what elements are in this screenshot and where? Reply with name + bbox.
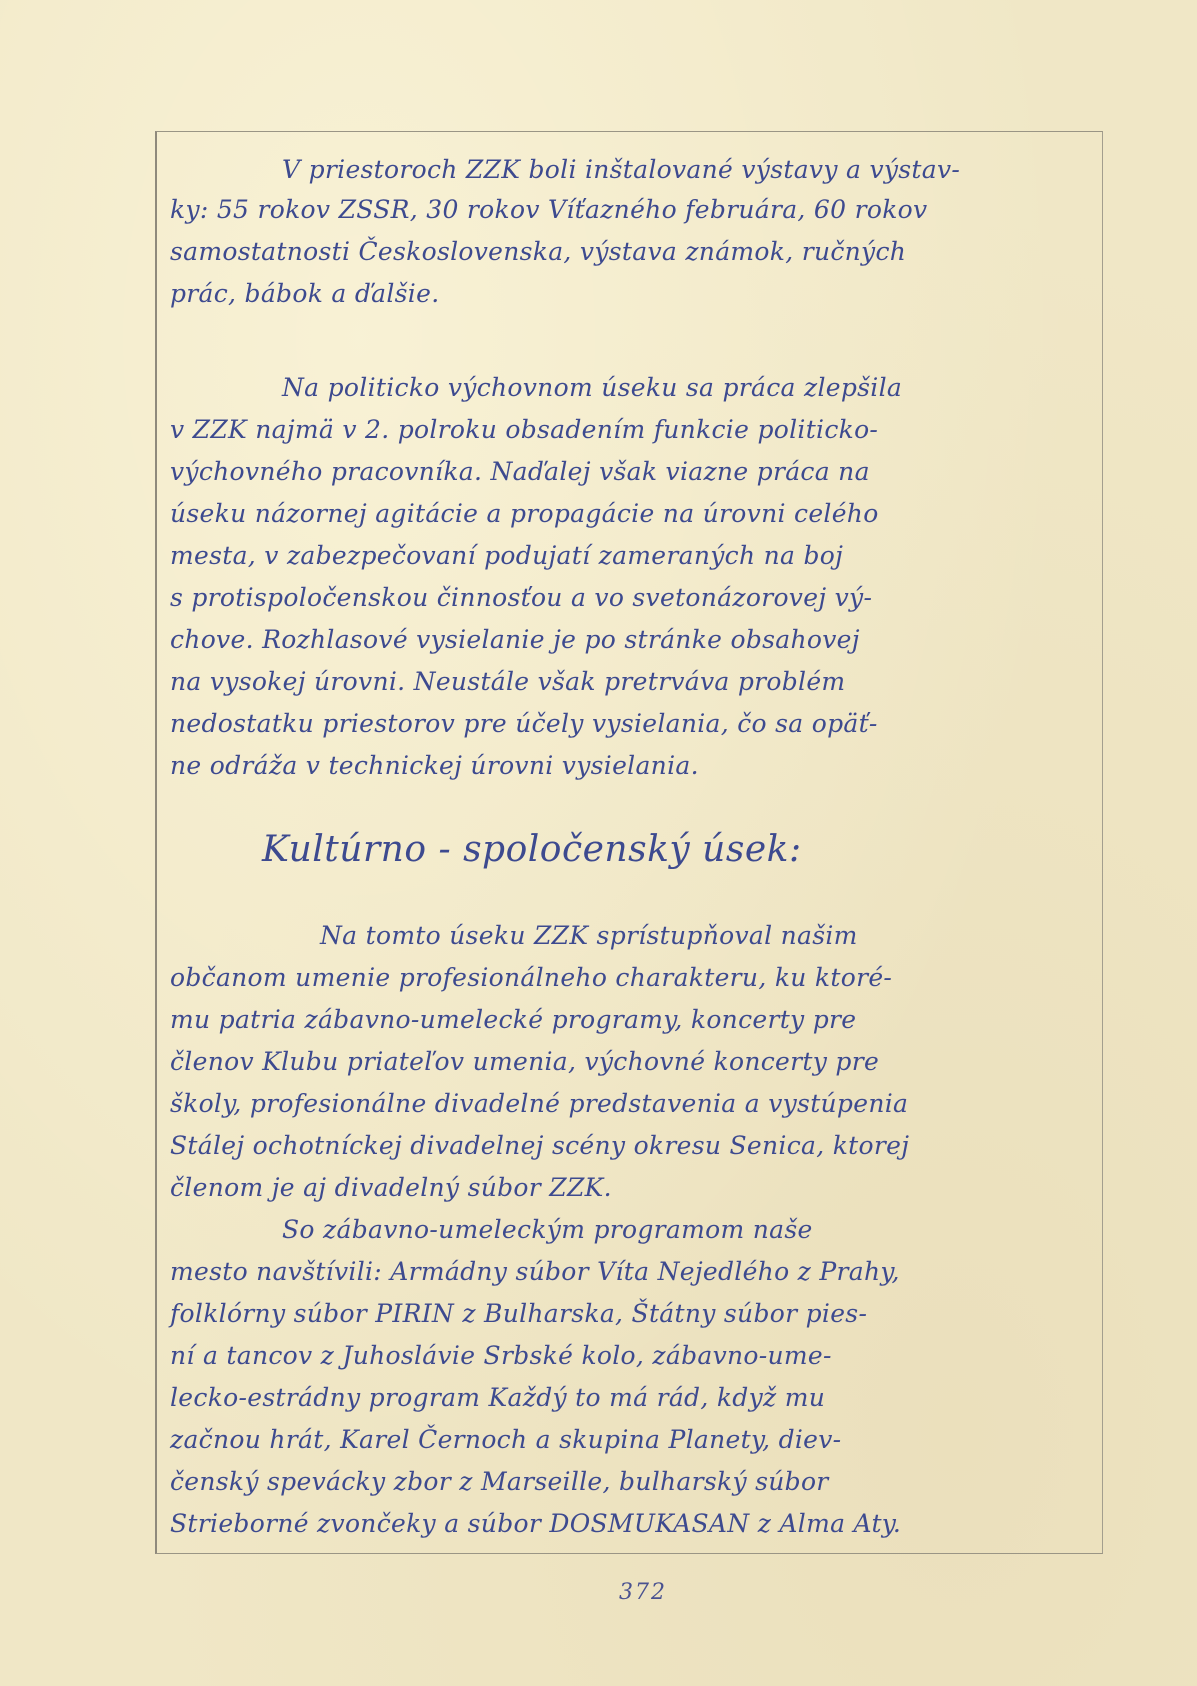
text-line: členov Klubu priateľov umenia, výchovné … (170, 1042, 879, 1082)
text-line: občanom umenie profesionálneho charakter… (170, 958, 892, 998)
text-line: Strieborné zvončeky a súbor DOSMUKASAN z… (170, 1504, 901, 1544)
text-line: samostatnosti Československa, výstava zn… (170, 232, 906, 272)
text-line: prác, bábok a ďalšie. (170, 274, 439, 314)
section-heading: Kultúrno - spoločenský úsek: (262, 826, 802, 874)
text-line: čenský spevácky zbor z Marseille, bulhar… (170, 1462, 829, 1502)
text-line: začnou hrát, Karel Černoch a skupina Pla… (170, 1420, 841, 1460)
text-line: folklórny súbor PIRIN z Bulharska, Štátn… (170, 1294, 867, 1334)
text-line: s protispoločenskou činnosťou a vo sveto… (170, 578, 872, 618)
text-line: v ZZK najmä v 2. polroku obsadením funkc… (170, 410, 878, 450)
text-line: úseku názornej agitácie a propagácie na … (170, 494, 879, 534)
text-line: ne odráža v technickej úrovni vysielania… (170, 746, 699, 786)
text-line: ní a tancov z Juhoslávie Srbské kolo, zá… (170, 1336, 832, 1376)
text-line: nedostatku priestorov pre účely vysielan… (170, 704, 878, 744)
text-line: V priestoroch ZZK boli inštalované výsta… (282, 150, 960, 190)
text-line: chove. Rozhlasové vysielanie je po strán… (170, 620, 860, 660)
text-line: lecko-estrádny program Každý to má rád, … (170, 1378, 825, 1418)
text-line: ky: 55 rokov ZSSR, 30 rokov Víťazného fe… (170, 190, 927, 230)
page-number: 372 (619, 1580, 667, 1605)
text-line: So zábavno-umeleckým programom naše (282, 1210, 813, 1250)
text-line: mu patria zábavno-umelecké programy, kon… (170, 1000, 856, 1040)
text-line: Na tomto úseku ZZK sprístupňoval našim (320, 916, 858, 956)
text-line: Stálej ochotníckej divadelnej scény okre… (170, 1126, 909, 1166)
text-line: školy, profesionálne divadelné predstave… (170, 1084, 908, 1124)
text-line: Na politicko výchovnom úseku sa práca zl… (282, 368, 902, 408)
text-line: mesta, v zabezpečovaní podujatí zameraný… (170, 536, 843, 576)
text-line: na vysokej úrovni. Neustále však pretrvá… (170, 662, 845, 702)
text-line: výchovného pracovníka. Naďalej však viaz… (170, 452, 870, 492)
text-line: členom je aj divadelný súbor ZZK. (170, 1168, 612, 1208)
text-line: mesto navštívili: Armádny súbor Vítа Nej… (170, 1252, 900, 1292)
